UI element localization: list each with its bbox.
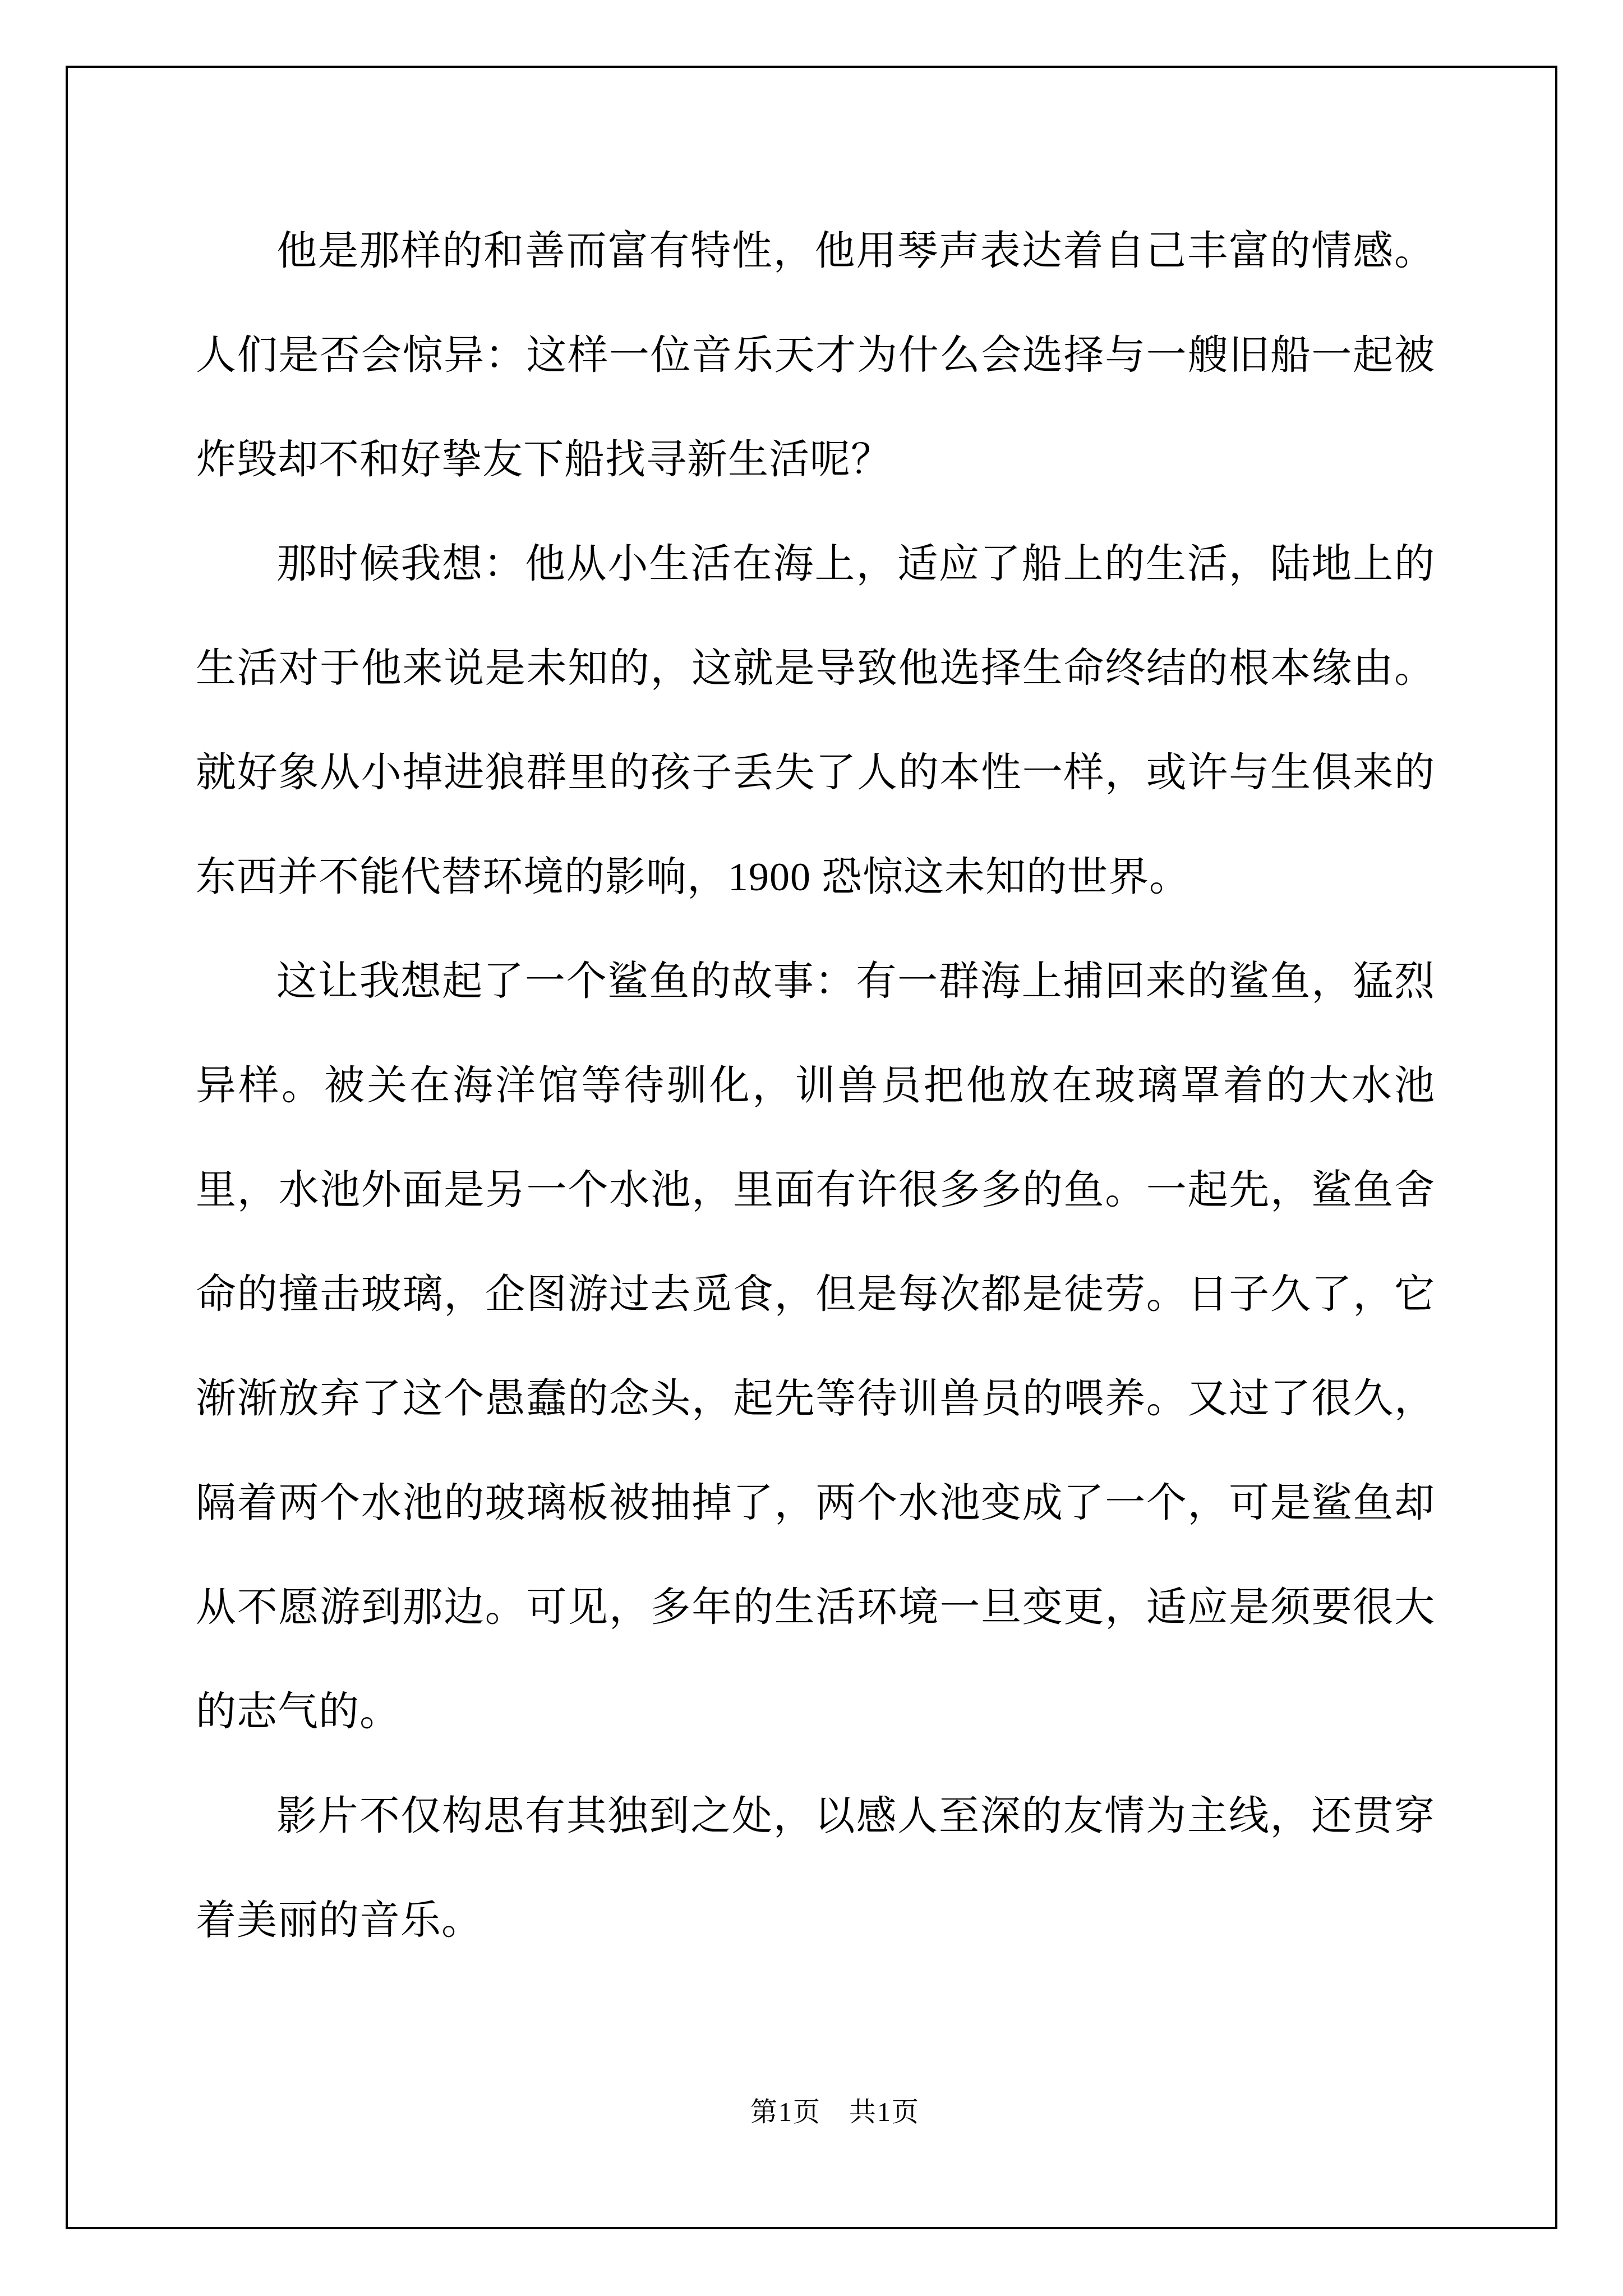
- document-body-text: 他是那样的和善而富有特性，他用琴声表达着自己丰富的情感。人们是否会惊异：这样一位…: [196, 199, 1435, 1972]
- paragraph-4: 影片不仅构思有其独到之处，以感人至深的友情为主线，还贯穿着美丽的音乐。: [196, 1764, 1435, 1972]
- page-number-indicator: 第1页 共1页: [750, 2097, 920, 2127]
- paragraph-2: 那时候我想：他从小生活在海上，适应了船上的生活，陆地上的生活对于他来说是未知的，…: [196, 512, 1435, 929]
- paragraph-3: 这让我想起了一个鲨鱼的故事：有一群海上捕回来的鲨鱼，猛烈异样。被关在海洋馆等待驯…: [196, 929, 1435, 1764]
- page-border-frame: 他是那样的和善而富有特性，他用琴声表达着自己丰富的情感。人们是否会惊异：这样一位…: [66, 66, 1557, 2229]
- paragraph-1: 他是那样的和善而富有特性，他用琴声表达着自己丰富的情感。人们是否会惊异：这样一位…: [196, 199, 1435, 512]
- page-footer: 第1页 共1页: [68, 2065, 1555, 2160]
- document-page: 他是那样的和善而富有特性，他用琴声表达着自己丰富的情感。人们是否会惊异：这样一位…: [0, 0, 1623, 2296]
